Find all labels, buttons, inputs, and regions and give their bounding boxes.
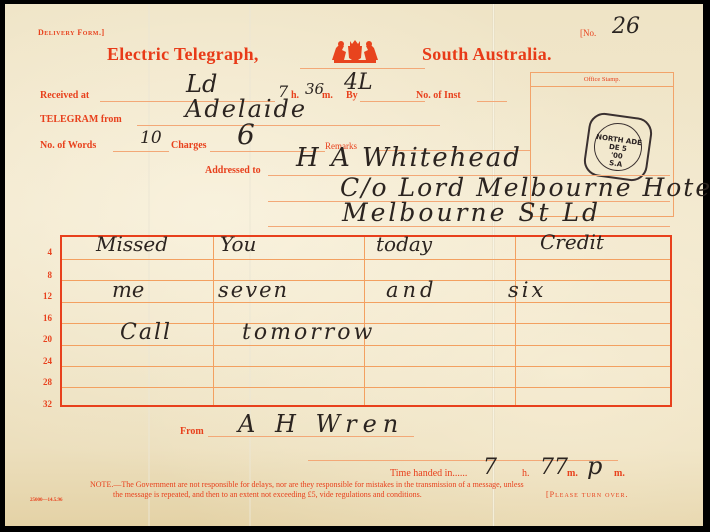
time-handed-in-top-line (308, 460, 618, 461)
time-handed-in-hour: 7 (483, 455, 497, 480)
grid-row-line (62, 280, 670, 281)
time-handed-in-label: Time handed in...... (390, 468, 467, 479)
message-word: You (220, 232, 256, 256)
crest-underline (300, 68, 425, 69)
addressee-line-3: Melbourne St Ld (342, 198, 601, 227)
charges-value: 6 (237, 118, 255, 151)
please-turn-over: [Please turn over. (546, 490, 628, 499)
from-value: A H Wren (238, 410, 404, 438)
no-of-inst-label: No. of Inst (416, 90, 461, 101)
message-word: and (386, 278, 438, 302)
time-handed-in-ampm: p (587, 452, 602, 480)
royal-coat-of-arms-icon (328, 38, 382, 64)
message-word: me (112, 278, 144, 302)
grid-col-line (515, 237, 516, 405)
footer-note-line-1: NOTE.—The Government are not responsible… (90, 480, 524, 489)
form-type-label: Delivery Form.] (38, 28, 105, 37)
footer-note-line-2: the message is repeated, and then to an … (113, 490, 422, 499)
title-electric-telegraph: Electric Telegraph, (107, 44, 259, 65)
row-number: 12 (30, 291, 52, 301)
message-word: today (376, 232, 432, 256)
print-code: 25000—14.5.96 (30, 498, 63, 503)
message-word: tomorrow (242, 320, 375, 345)
message-word: Call (120, 320, 172, 345)
grid-row-line (62, 366, 670, 367)
form-number-label: [No. (580, 28, 596, 38)
grid-row-line (62, 302, 670, 303)
no-of-words-line (113, 151, 169, 152)
addressed-to-label: Addressed to (205, 165, 261, 176)
row-number: 16 (30, 313, 52, 323)
received-minute-label: m. (322, 90, 333, 101)
grid-col-line (213, 237, 214, 405)
form-number-value: 26 (612, 14, 640, 39)
row-number: 28 (30, 377, 52, 387)
office-stamp-label: Office Stamp. (531, 73, 673, 87)
row-number: 20 (30, 334, 52, 344)
addressee-name: H A Whitehead (296, 143, 522, 173)
postmark-text: NORTH ADE DE 5 '00 S.A (585, 132, 649, 172)
telegram-from-label: TELEGRAM from (40, 114, 122, 125)
grid-row-line (62, 387, 670, 388)
no-of-inst-line (477, 101, 507, 102)
time-handed-in-h-label: h. (522, 468, 530, 479)
row-number: 8 (30, 270, 52, 280)
row-number: 4 (30, 247, 52, 257)
time-handed-in-suffix: m. (614, 468, 625, 479)
telegram-from-line (137, 125, 440, 126)
title-south-australia: South Australia. (422, 44, 552, 65)
message-word: Missed (96, 232, 168, 256)
received-at-label: Received at (40, 90, 89, 101)
from-label: From (180, 426, 204, 437)
time-handed-in-m-label: m. (567, 468, 578, 479)
grid-row-line (62, 345, 670, 346)
no-of-words-label: No. of Words (40, 140, 96, 151)
message-word: Credit (540, 230, 604, 254)
row-number: 24 (30, 356, 52, 366)
message-word: six (508, 278, 546, 302)
charges-label: Charges (171, 140, 207, 151)
message-word: seven (218, 278, 289, 302)
received-at-value: Ld (186, 70, 217, 98)
row-number: 32 (30, 399, 52, 409)
no-of-words-value: 10 (140, 128, 162, 148)
grid-row-line (62, 259, 670, 260)
time-handed-in-minute: 77 (540, 455, 568, 480)
received-by-value: 4L (344, 70, 373, 95)
by-line (360, 101, 425, 102)
